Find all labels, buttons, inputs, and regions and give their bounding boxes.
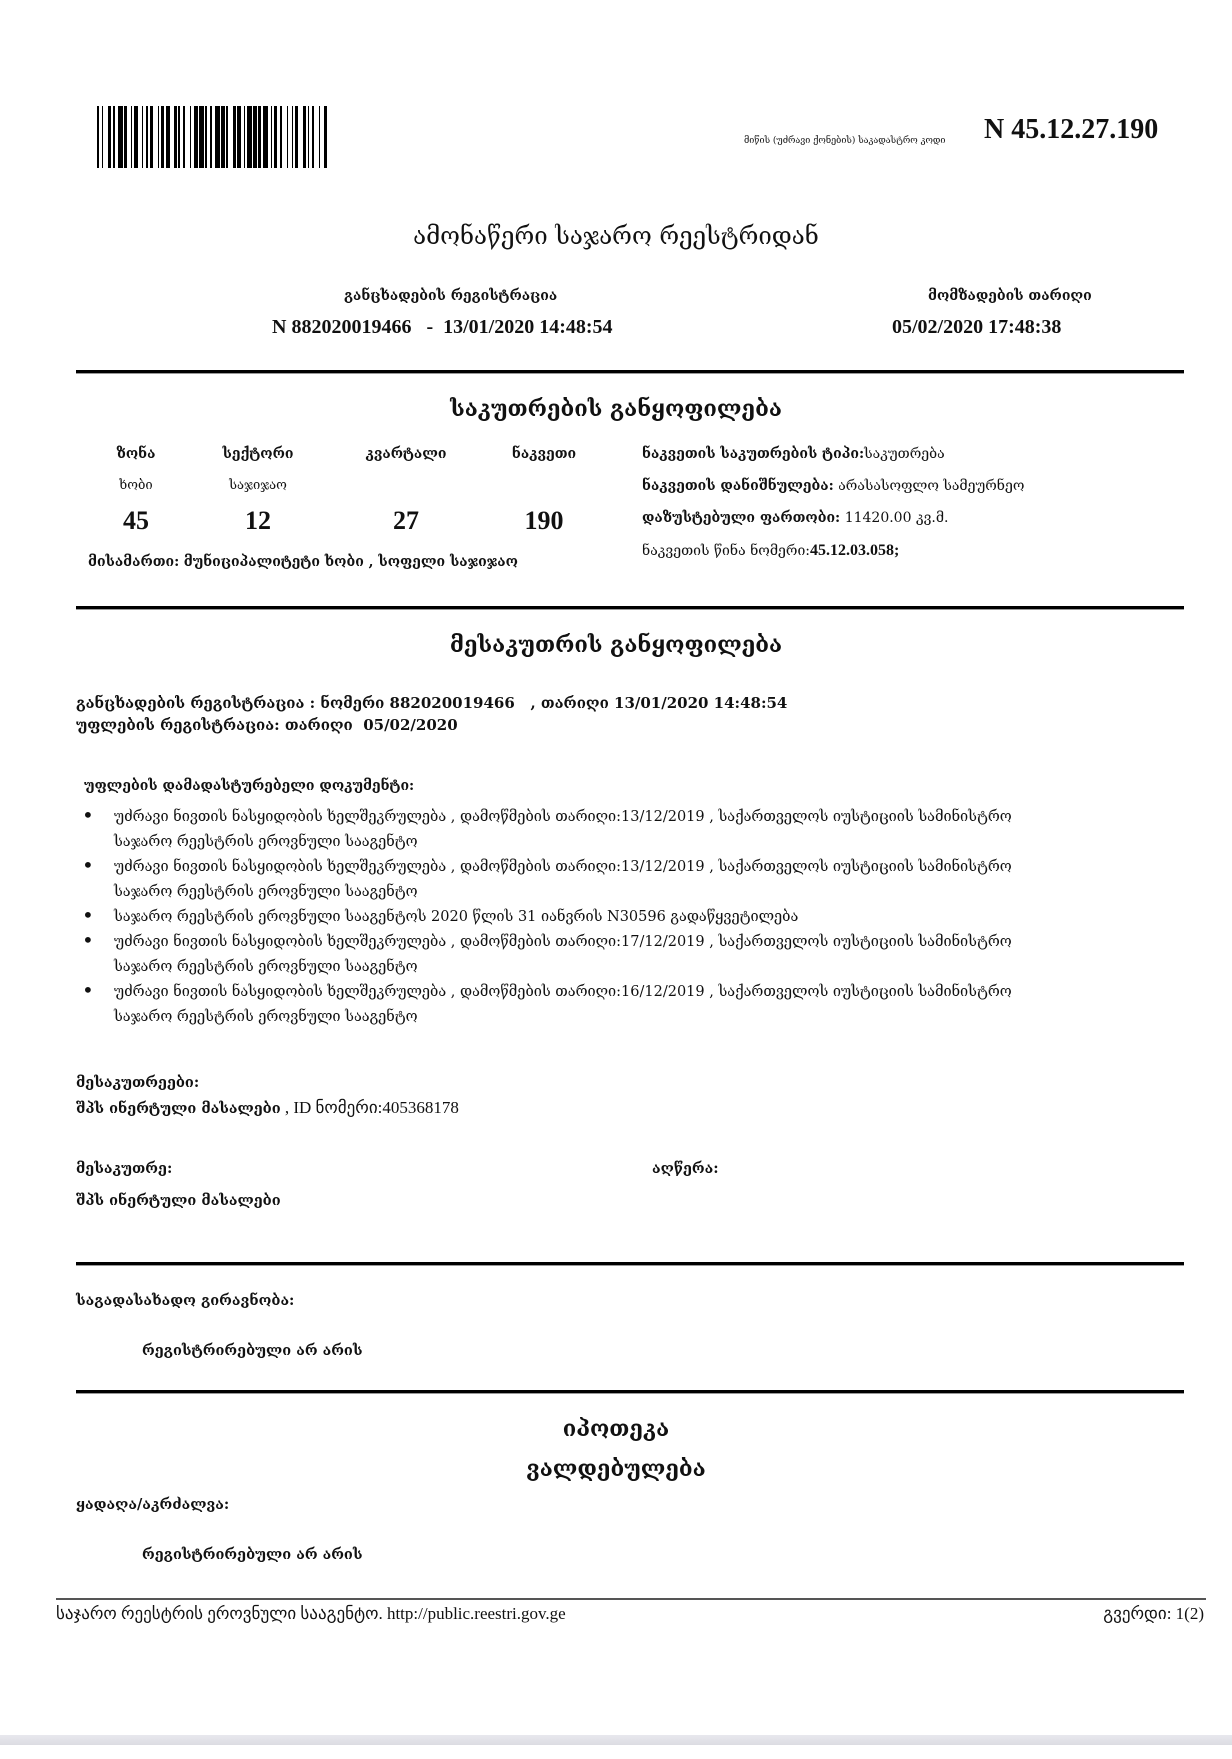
- divider: [76, 370, 1184, 373]
- previous-number: ნაკვეთის წინა ნომერი:45.12.03.058;: [642, 542, 899, 560]
- seizure-label: ყადაღა/აკრძალვა:: [76, 1496, 229, 1513]
- tax-lien-label: საგადასახადო გირავნობა:: [76, 1292, 294, 1309]
- document-item: უძრავი ნივთის ნასყიდობის ხელშეკრულება , …: [76, 930, 1074, 980]
- sector-header: სექტორი: [198, 446, 318, 462]
- document-item: უძრავი ნივთის ნასყიდობის ხელშეკრულება , …: [76, 980, 1074, 1030]
- documents-list: უძრავი ნივთის ნასყიდობის ხელშეკრულება , …: [76, 805, 1076, 1030]
- owners-id: , ID ნომერი:405368178: [281, 1098, 459, 1117]
- viewer-bottom-bar: [0, 1735, 1232, 1745]
- description-label: აღწერა:: [652, 1160, 719, 1177]
- address: მისამართი: მუნიციპალიტეტი ხობი , სოფელი …: [88, 554, 518, 570]
- ownership-type: ნაკვეთის საკუთრების ტიპი:საკუთრება: [642, 446, 945, 462]
- footer-divider: [56, 1598, 1206, 1600]
- owner-label: მესაკუთრე:: [76, 1160, 172, 1177]
- document-item: უძრავი ნივთის ნასყიდობის ხელშეკრულება , …: [76, 805, 1074, 855]
- zone-header: ზონა: [76, 446, 196, 462]
- owner-name: შპს ინერტული მასალები: [76, 1192, 281, 1209]
- parcel-value: 190: [484, 506, 604, 536]
- zone-name: ხობი: [76, 478, 196, 493]
- address-value: მუნიციპალიტეტი ხობი , სოფელი საჯიჯაო: [184, 554, 518, 570]
- quarter-value: 27: [346, 506, 466, 536]
- zone-value: 45: [76, 506, 196, 536]
- tax-lien-value: რეგისტრირებული არ არის: [142, 1342, 362, 1359]
- divider: [76, 1262, 1184, 1265]
- rights-registration-line: უფლების რეგისტრაცია: თარიღი 05/02/2020: [76, 716, 458, 734]
- footer-agency: საჯარო რეესტრის ეროვნული სააგენტო. http:…: [56, 1604, 566, 1624]
- ownership-type-label: ნაკვეთის საკუთრების ტიპი:: [642, 446, 864, 462]
- document-item: საჯარო რეესტრის ეროვნული სააგენტოს 2020 …: [76, 905, 1074, 930]
- previous-number-value: 45.12.03.058;: [810, 542, 899, 559]
- quarter-header: კვარტალი: [346, 446, 466, 462]
- mortgage-title: იპოთეკა: [0, 1416, 1232, 1442]
- seizure-value: რეგისტრირებული არ არის: [142, 1546, 362, 1563]
- preparation-date-label: მომზადების თარიღი: [928, 288, 1092, 304]
- address-label: მისამართი:: [88, 554, 179, 570]
- purpose-value: არასასოფლო სამეურნეო: [838, 478, 1024, 494]
- document-title: ამონაწერი საჯარო რეესტრიდან: [0, 222, 1232, 250]
- application-registration-value: N 882020019466 - 13/01/2020 14:48:54: [272, 316, 613, 339]
- barcode: [97, 106, 509, 168]
- cadastral-code-label: მიწის (უძრავი ქონების) საკადასტრო კოდი: [744, 136, 945, 146]
- documents-title: უფლების დამადასტურებელი დოკუმენტი:: [84, 778, 414, 794]
- purpose-label: ნაკვეთის დანიშნულება:: [642, 478, 834, 494]
- owners-entry: შპს ინერტული მასალები , ID ნომერი:405368…: [76, 1098, 459, 1118]
- sector-name: საჯიჯაო: [198, 478, 318, 493]
- area-label: დაზუსტებული ფართობი:: [642, 510, 840, 526]
- parcel-header: ნაკვეთი: [484, 446, 604, 462]
- ownership-type-value: საკუთრება: [864, 446, 944, 462]
- preparation-date-value: 05/02/2020 17:48:38: [892, 316, 1061, 339]
- parcel-area: დაზუსტებული ფართობი: 11420.00 კვ.მ.: [642, 510, 948, 526]
- document-item: უძრავი ნივთის ნასყიდობის ხელშეკრულება , …: [76, 855, 1074, 905]
- owners-name: შპს ინერტული მასალები: [76, 1100, 281, 1117]
- previous-number-label: ნაკვეთის წინა ნომერი:: [642, 543, 810, 559]
- divider: [76, 606, 1184, 609]
- owner-application-line: განცხადების რეგისტრაცია : ნომერი 8820200…: [76, 694, 787, 712]
- divider: [76, 1390, 1184, 1393]
- owner-section-title: მესაკუთრის განყოფილება: [0, 632, 1232, 658]
- obligation-title: ვალდებულება: [0, 1456, 1232, 1482]
- page-number: გვერდი: 1(2): [1103, 1604, 1204, 1624]
- owners-label: მესაკუთრეები:: [76, 1074, 199, 1091]
- cadastral-code: N 45.12.27.190: [984, 114, 1158, 146]
- area-value: 11420.00 კვ.მ.: [845, 510, 949, 526]
- application-registration-label: განცხადების რეგისტრაცია: [344, 288, 557, 304]
- property-section-title: საკუთრების განყოფილება: [0, 396, 1232, 422]
- sector-value: 12: [198, 506, 318, 536]
- parcel-purpose: ნაკვეთის დანიშნულება: არასასოფლო სამეურნ…: [642, 478, 1024, 494]
